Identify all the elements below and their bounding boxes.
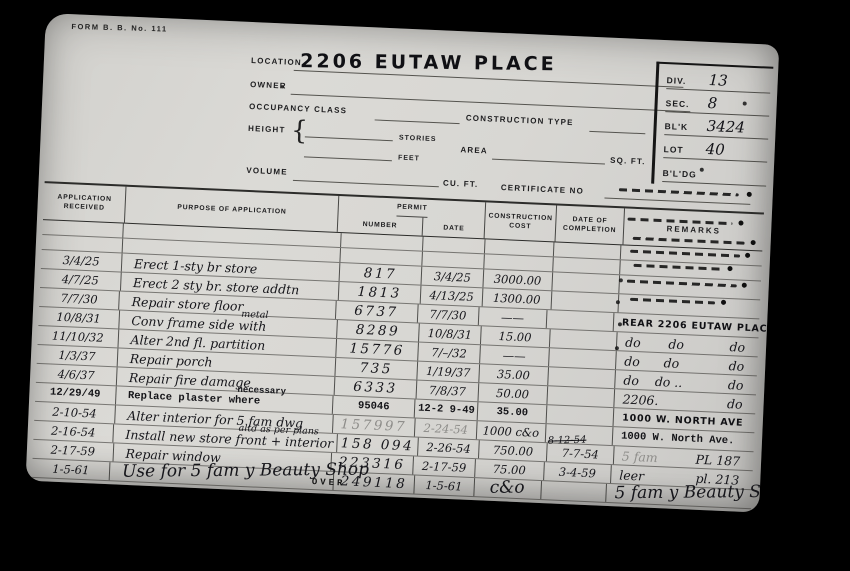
cell-permit-date: 7/7/30: [418, 305, 480, 326]
sec-label: SEC.: [665, 98, 689, 109]
cell-date-of-completion: 3-4-59: [544, 462, 612, 483]
cell-construction-cost: 1300.00: [482, 288, 552, 309]
cell-date-of-completion: [541, 481, 607, 502]
cell-construction-cost: c&o: [474, 478, 542, 499]
form-number: FORM B. B. No. 111: [71, 22, 167, 34]
field-underline: [375, 119, 460, 124]
certificate-no-label: CERTIFICATE NO: [501, 183, 585, 196]
permit-table: APPLICATION RECEIVED PURPOSE OF APPLICAT…: [32, 181, 764, 509]
cell-construction-cost: 3000.00: [483, 269, 553, 290]
cell-received: 4/7/25: [40, 269, 121, 291]
col-application-received: APPLICATION RECEIVED: [43, 183, 127, 223]
field-underline: [604, 198, 750, 205]
cell-date-of-completion: [550, 329, 618, 350]
lot-value: 40: [705, 140, 725, 159]
occupancy-class-label: OCCUPANCY CLASS: [249, 102, 347, 115]
cell-permit-number: 817: [339, 263, 422, 285]
cell-permit-number: 6333: [334, 377, 417, 399]
over-label: OVER: [312, 477, 346, 488]
construction-type-label: CONSTRUCTION TYPE: [466, 113, 574, 127]
cell-received: 11/10/32: [38, 326, 119, 348]
col-date-of-completion: DATE OF COMPLETION: [555, 205, 625, 244]
field-underline: [589, 131, 645, 134]
feet-label: FEET: [398, 154, 420, 162]
field-underline: [305, 136, 393, 141]
cell-construction-cost: ——: [480, 345, 550, 366]
cell-permit-number: 1813: [338, 282, 421, 304]
stamp-dot: [747, 192, 752, 197]
height-label: HEIGHT: [248, 124, 286, 135]
cell-permit-date: 1-5-61: [414, 476, 474, 497]
stories-label: STORIES: [399, 135, 437, 144]
cell-permit-number: 157997: [333, 415, 416, 437]
div-value: 13: [708, 71, 728, 90]
cell-date-of-completion: [549, 348, 617, 369]
cell-date-of-completion: [547, 405, 615, 426]
field-underline: [304, 156, 392, 161]
cell-permit-number: 735: [335, 358, 418, 380]
cell-permit-date: 7/8/37: [417, 381, 479, 402]
area-label: AREA: [460, 145, 488, 155]
cell-received: 2-17-59: [33, 440, 114, 462]
cell-permit-date: 2-17-59: [414, 456, 476, 477]
field-underline: [492, 159, 605, 165]
cell-permit-number: 249118: [334, 472, 415, 493]
blk-label: BL'K: [664, 121, 688, 132]
cell-permit-date: 10/8/31: [419, 324, 481, 345]
cell-permit-date: 4/13/25: [421, 286, 483, 307]
col-permit-group: PERMIT NUMBER DATE: [338, 196, 485, 238]
cell-construction-cost: 35.00: [478, 402, 548, 423]
cell-received: 1-5-61: [32, 459, 111, 480]
cell-construction-cost: 1000 c&o: [476, 421, 546, 442]
col-permit-number: NUMBER: [338, 214, 424, 236]
col-permit-date: DATE: [423, 218, 486, 239]
cell-remarks: 5 fam y Beauty Shop: [606, 484, 752, 508]
location-value: 2206 Eutaw Place: [300, 50, 557, 75]
bldg-field: B'L'DG: [662, 159, 767, 187]
cell-permit-date: 7/–/32: [419, 343, 481, 364]
cell-date-of-completion: 7-7-54 8-12-54: [547, 443, 614, 464]
bldg-label: B'L'DG: [662, 168, 697, 179]
cell-permit-date: 1/19/37: [418, 362, 480, 383]
field-underline: [293, 180, 439, 187]
cell-construction-cost: 750.00: [479, 440, 548, 461]
cell-received: 2-16-54: [33, 421, 114, 442]
cell-received: 3/4/25: [41, 250, 122, 272]
cell-permit-date: 2-26-54: [418, 438, 479, 459]
cell-permit-date: 2-24-54: [415, 419, 477, 440]
cell-permit-number: 95046: [333, 396, 416, 418]
cell-received: 1/3/37: [37, 345, 118, 367]
cell-date-of-completion: [547, 310, 614, 331]
cell-permit-number: 8289: [337, 320, 420, 342]
cell-permit-number: 15776: [336, 339, 419, 361]
div-label: DIV.: [666, 75, 686, 86]
cell-construction-cost: 50.00: [478, 383, 548, 404]
ink-speck: [281, 85, 284, 88]
cell-permit-number: 6737: [335, 301, 418, 323]
property-info-box: DIV. 13 SEC. 8 BL'K 3424 LOT 40 B'L'DG: [651, 62, 773, 189]
cell-date-of-completion: [547, 386, 615, 407]
cell-construction-cost: 35.00: [479, 364, 549, 385]
cell-received: 12/29/49: [35, 383, 116, 404]
cell-construction-cost: 15.00: [481, 326, 551, 347]
cell-permit-number: 158 094: [337, 434, 419, 456]
height-brace: {: [290, 116, 308, 147]
field-underline: [291, 94, 691, 112]
sec-value: 8: [707, 94, 717, 112]
table-body: 3/4/25 Erect 1-sty br store 817 3/4/25 3…: [32, 250, 761, 509]
cell-construction-cost: ——: [478, 307, 547, 328]
sqft-label: SQ. FT.: [610, 156, 646, 167]
location-label: LOCATION: [251, 56, 302, 67]
permit-record-card: FORM B. B. No. 111 LOCATION 2206 Eutaw P…: [26, 13, 780, 513]
blk-value: 3424: [706, 117, 745, 137]
cell-received: 4/6/37: [36, 364, 117, 386]
stamp-dots: [619, 188, 739, 196]
cell-date-of-completion: [551, 291, 619, 312]
cell-date-of-completion: [548, 367, 616, 388]
cell-received: 10/8/31: [38, 307, 119, 329]
volume-label: VOLUME: [246, 166, 288, 177]
cell-date-of-completion: [552, 272, 620, 293]
lot-field: LOT 40: [663, 135, 768, 163]
cell-permit-date: 12-2 9-49: [415, 400, 479, 421]
cell-received: 2-10-54: [34, 402, 115, 424]
cell-received: 7/7/30: [39, 288, 120, 309]
cuft-label: CU. FT.: [443, 178, 479, 189]
col-permit: PERMIT: [397, 199, 428, 218]
lot-label: LOT: [663, 144, 683, 155]
cell-permit-date: 3/4/25: [422, 267, 484, 288]
cell-purpose: Use for 5 fam y Beauty Shop: [110, 462, 335, 490]
col-construction-cost: CONSTRUCTION COST: [484, 202, 557, 241]
